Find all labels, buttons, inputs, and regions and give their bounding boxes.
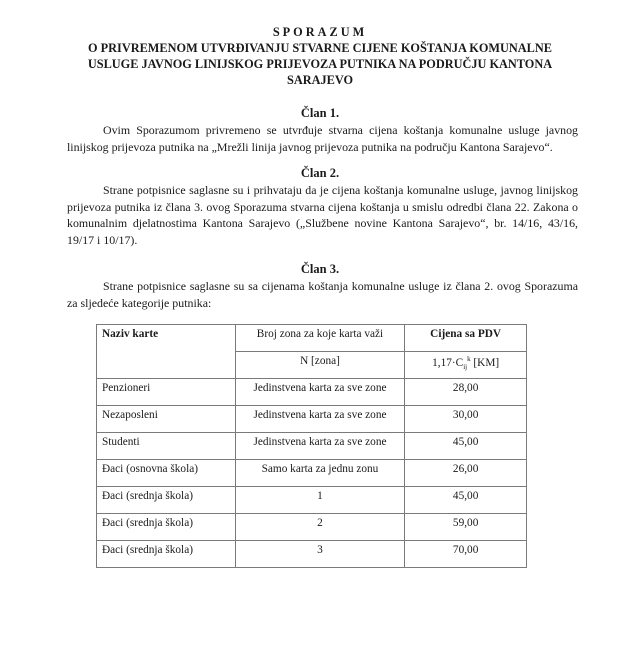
title-sporazum: SPORAZUM [60, 24, 580, 40]
article-2-heading: Član 2. [60, 166, 580, 181]
document-page: SPORAZUM O PRIVREMENOM UTVRĐIVANJU STVAR… [0, 0, 632, 660]
cell-price: 59,00 [405, 514, 527, 541]
cell-ticket-name: Đaci (srednja škola) [97, 541, 236, 568]
article-2-text: Strane potpisnice saglasne su i prihvata… [67, 182, 578, 248]
header-ticket-name: Naziv karte [97, 325, 236, 379]
table-row: NezaposleniJedinstvena karta za sve zone… [97, 406, 527, 433]
article-3-line-1: Strane potpisnice saglasne su sa cijenam… [103, 279, 521, 293]
table-row: Đaci (osnovna škola)Samo karta za jednu … [97, 460, 527, 487]
subheader-price-formula: 1,17·Cijk [KM] [405, 352, 527, 379]
article-1-line-1: Ovim Sporazumom privremeno se utvrđuje s… [103, 123, 578, 137]
cell-price: 45,00 [405, 433, 527, 460]
fares-table: Naziv karte Broj zona za koje karta važi… [96, 324, 527, 568]
title-line-2: O PRIVREMENOM UTVRĐIVANJU STVARNE CIJENE… [60, 40, 580, 56]
subheader-zones-unit: N [zona] [235, 352, 405, 379]
document-title: SPORAZUM O PRIVREMENOM UTVRĐIVANJU STVAR… [60, 24, 580, 88]
table-row: Đaci (srednja škola)370,00 [97, 541, 527, 568]
header-price: Cijena sa PDV [405, 325, 527, 352]
formula-prefix: 1,17·C [432, 357, 463, 369]
cell-zones: 1 [235, 487, 405, 514]
header-zones: Broj zona za koje karta važi [235, 325, 405, 352]
cell-zones: Jedinstvena karta za sve zone [235, 406, 405, 433]
title-line-3: USLUGE JAVNOG LINIJSKOG PRIJEVOZA PUTNIK… [60, 56, 580, 72]
cell-ticket-name: Đaci (srednja škola) [97, 487, 236, 514]
article-1-text: Ovim Sporazumom privremeno se utvrđuje s… [67, 122, 578, 155]
cell-ticket-name: Nezaposleni [97, 406, 236, 433]
cell-price: 30,00 [405, 406, 527, 433]
formula-suffix: [KM] [471, 357, 500, 369]
cell-zones: 2 [235, 514, 405, 541]
cell-zones: Jedinstvena karta za sve zone [235, 379, 405, 406]
cell-ticket-name: Penzioneri [97, 379, 236, 406]
cell-ticket-name: Đaci (srednja škola) [97, 514, 236, 541]
cell-zones: Jedinstvena karta za sve zone [235, 433, 405, 460]
cell-price: 26,00 [405, 460, 527, 487]
cell-zones: Samo karta za jednu zonu [235, 460, 405, 487]
article-1-heading: Član 1. [60, 106, 580, 121]
table-header-row: Naziv karte Broj zona za koje karta važi… [97, 325, 527, 352]
table-row: PenzioneriJedinstvena karta za sve zone2… [97, 379, 527, 406]
table-row: Đaci (srednja škola)259,00 [97, 514, 527, 541]
title-line-4: SARAJEVO [60, 72, 580, 88]
cell-ticket-name: Đaci (osnovna škola) [97, 460, 236, 487]
article-1-rest: linijskog prijevoza putnika na „Mrežli l… [67, 140, 553, 154]
formula-subscript: ij [463, 363, 467, 371]
cell-price: 28,00 [405, 379, 527, 406]
cell-ticket-name: Studenti [97, 433, 236, 460]
table-row: StudentiJedinstvena karta za sve zone45,… [97, 433, 527, 460]
article-2-line-1: Strane potpisnice saglasne su i prihvata… [103, 183, 533, 197]
table-row: Đaci (srednja škola)145,00 [97, 487, 527, 514]
cell-zones: 3 [235, 541, 405, 568]
cell-price: 45,00 [405, 487, 527, 514]
article-3-heading: Član 3. [60, 262, 580, 277]
article-3-text: Strane potpisnice saglasne su sa cijenam… [67, 278, 578, 311]
cell-price: 70,00 [405, 541, 527, 568]
